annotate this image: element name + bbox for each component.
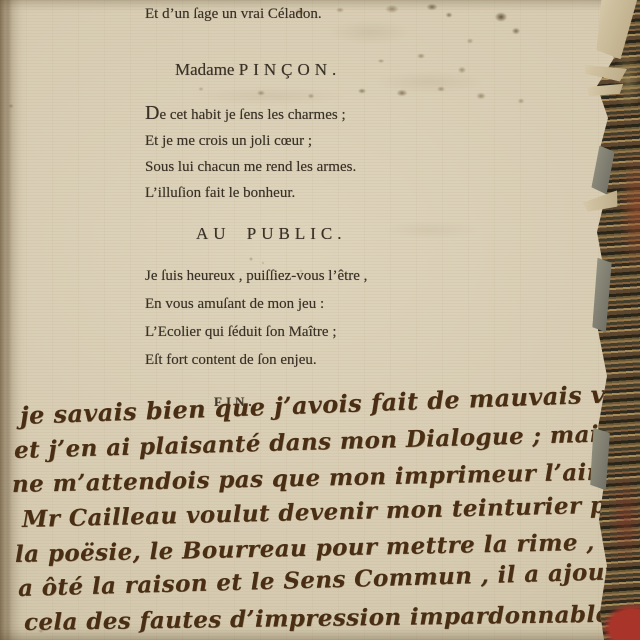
verse-line: Sous lui chacun me rend les armes. (145, 154, 356, 180)
verse-line: Je ſuis heureux , puiſſiez-vous l’être , (145, 262, 367, 290)
stanza-public: Je ſuis heureux , puiſſiez-vous l’être ,… (145, 262, 367, 374)
verse-line: L’illuſion fait le bonheur. (145, 180, 356, 206)
heading-madame-prefix: Madame (175, 60, 234, 79)
handwritten-line: ne m’attendois pas que mon imprimeur l’a… (12, 457, 640, 498)
book-page: Et d’un ſage un vrai Céladon. Madame PIN… (0, 0, 640, 640)
book-scan: Et d’un ſage un vrai Céladon. Madame PIN… (0, 0, 640, 640)
handwritten-line: cela des fautes d’impression impardonnab… (24, 600, 640, 636)
heading-pincon-name: PINÇON. (239, 60, 342, 79)
verse-line: Et je me crois un joli cœur ; (145, 128, 356, 154)
verse-line: En vous amuſant de mon jeu : (145, 290, 367, 318)
handwritten-line: Mr Cailleau voulut devenir mon teinturie… (22, 491, 640, 533)
heading-au-public: AU PUBLIC. (196, 224, 347, 244)
stanza-pincon: De cet habit je ſens les charmes ; Et je… (145, 100, 356, 206)
verse-line: De cet habit je ſens les charmes ; (145, 100, 356, 128)
heading-madame-pincon: Madame PINÇON. (175, 60, 341, 80)
verse-line: L’Ecolier qui ſéduit ſon Maître ; (145, 318, 367, 346)
verse-line: Eſt fort content de ſon enjeu. (145, 346, 367, 374)
closing-verse-line: Et d’un ſage un vrai Céladon. (145, 6, 322, 23)
